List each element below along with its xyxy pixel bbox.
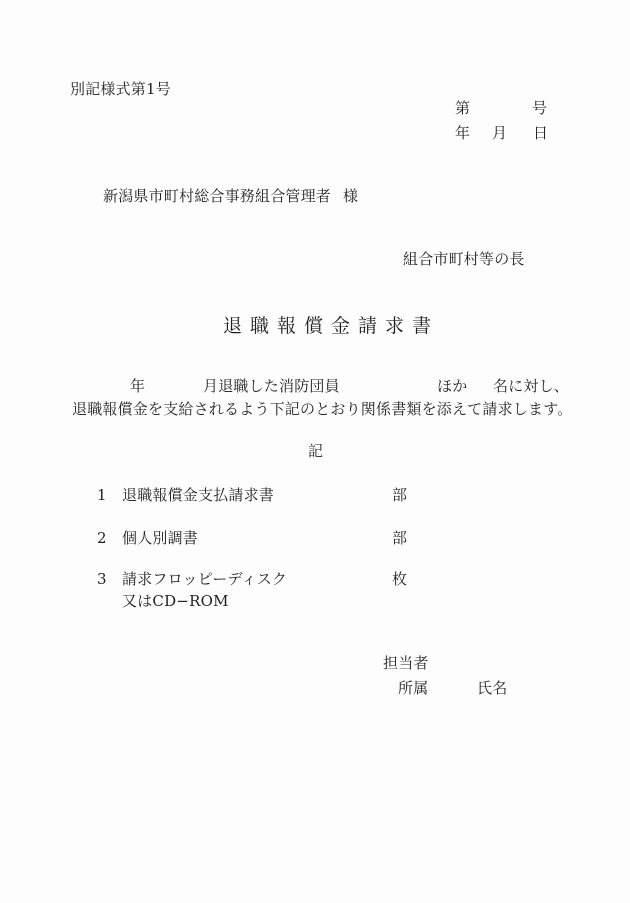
- staff-label: 担当者: [383, 654, 429, 672]
- date-month-label: 月: [492, 124, 507, 142]
- body-year-label: 年: [130, 377, 145, 395]
- department-label: 所属: [398, 679, 428, 697]
- item-label: 請求フロッピーディスク: [122, 570, 287, 588]
- body-line2: 退職報償金を支給されるよう下記のとおり関係書類を添えて請求します。: [72, 400, 572, 418]
- item-unit-label: 部: [392, 529, 407, 547]
- body-tail-segment: 名に対し、: [493, 377, 569, 395]
- document-page: 別記様式第1号 第 号 年 月 日 新潟県市町村総合事務組合管理者 様 組合市町…: [0, 0, 630, 903]
- body-month-segment: 月退職した消防団員: [203, 377, 340, 395]
- item-label-line2: 又はCD−ROM: [122, 592, 229, 610]
- item-label: 退職報償金支払請求書: [122, 486, 274, 504]
- item-number: 1: [97, 486, 107, 504]
- doc-number-suffix: 号: [532, 99, 547, 117]
- item-unit-label: 部: [392, 486, 407, 504]
- addressee-honorific: 様: [343, 187, 358, 205]
- item-label: 個人別調書: [122, 529, 198, 547]
- item-unit-label: 枚: [392, 570, 407, 588]
- name-label: 氏名: [477, 679, 507, 697]
- document-title: 退職報償金請求書: [223, 317, 439, 336]
- addressee-name: 新潟県市町村総合事務組合管理者: [103, 187, 331, 205]
- doc-number-prefix: 第: [455, 99, 470, 117]
- body-hoka-label: ほか: [437, 377, 467, 395]
- date-day-label: 日: [533, 124, 548, 142]
- item-number: 2: [97, 529, 107, 547]
- item-number: 3: [97, 570, 107, 588]
- sender-title: 組合市町村等の長: [403, 250, 525, 268]
- date-year-label: 年: [455, 124, 470, 142]
- form-style-label: 別記様式第1号: [70, 80, 171, 98]
- record-heading: 記: [308, 442, 323, 460]
